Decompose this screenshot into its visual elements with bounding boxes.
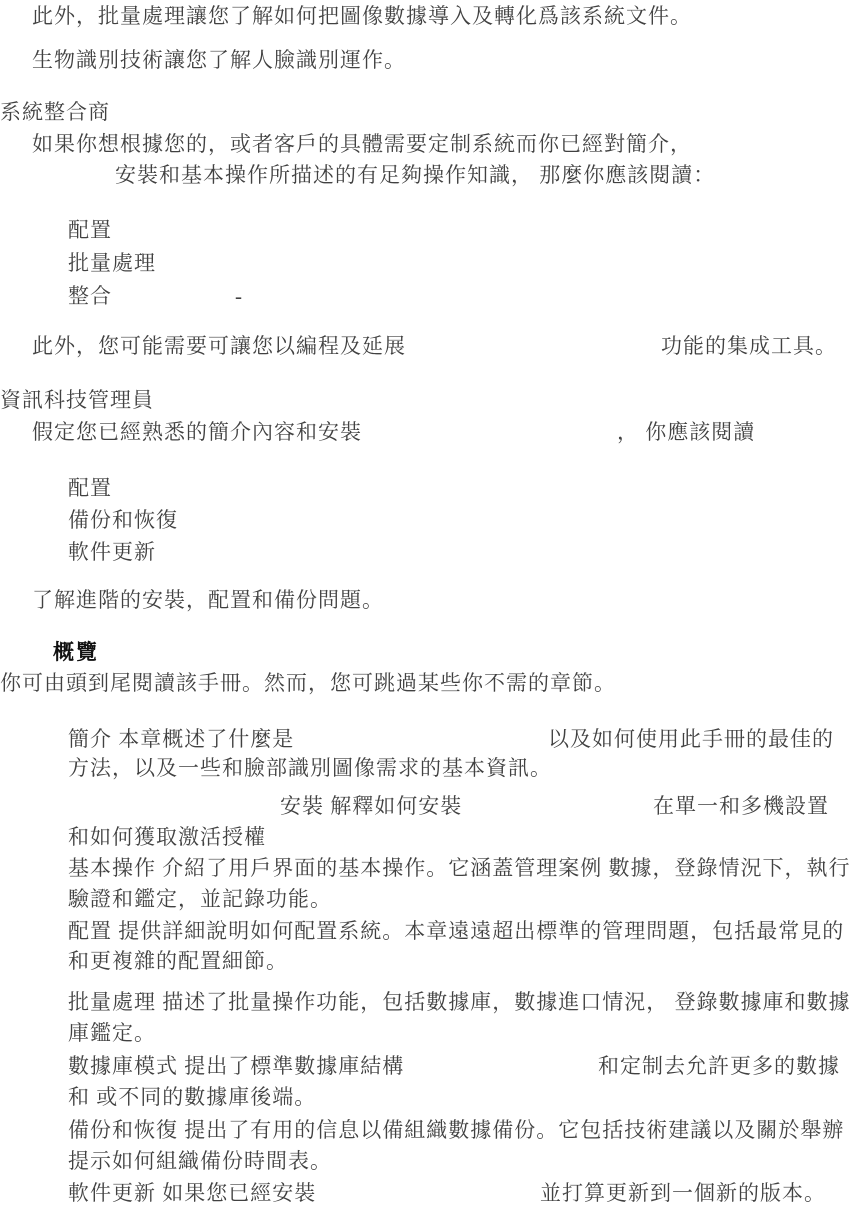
section-title-it-administrators: 資訊科技管理員 <box>0 389 154 412</box>
it-paragraph-left: 假定您已經熟悉的簡介內容和安裝 <box>32 421 362 444</box>
chapter-software-update-line-right: 並打算更新到一個新的版本。 <box>540 1182 826 1205</box>
overview-intro-paragraph: 你可由頭到尾閱讀該手冊。然而，您可跳過某些你不需的章節。 <box>0 672 616 695</box>
chapter-database-schema-line-1-left: 數據庫模式 提出了標準數據庫結構 <box>68 1055 404 1078</box>
chapter-configuration-line-1: 配置 提供詳細說明如何配置系統。本章遠遠超出標準的管理問題，包括最常見的 <box>68 920 844 943</box>
si-paragraph-line-1: 如果你想根據您的，或者客戶的具體需要定制系統而你已經對簡介， <box>32 133 692 156</box>
si-list-item-configuration: 配置 <box>68 219 112 242</box>
it-list-item-backup-restore: 備份和恢復 <box>68 509 178 532</box>
paragraph-batch-processing-note: 此外，批量處理讓您了解如何把圖像數據導入及轉化爲該系統文件。 <box>32 5 692 28</box>
chapter-intro-line-1-left: 簡介 本章概述了什麼是 <box>68 728 294 751</box>
chapter-intro-line-1-right: 以及如何使用此手冊的最佳的 <box>548 728 834 751</box>
chapter-backup-restore-line-1: 備份和恢復 提出了有用的信息以備組織數據備份。它包括技術建議以及關於舉辦 <box>68 1119 844 1142</box>
it-list-item-configuration: 配置 <box>68 477 112 500</box>
chapter-database-schema-line-2: 和 或不同的數據庫後端。 <box>68 1086 316 1109</box>
it-list-item-software-update: 軟件更新 <box>68 541 156 564</box>
document-page: 此外，批量處理讓您了解如何把圖像數據導入及轉化爲該系統文件。 生物識別技術讓您了… <box>0 0 853 1205</box>
chapter-intro-line-2: 方法，以及一些和臉部識別圖像需求的基本資訊。 <box>68 757 552 780</box>
section-title-overview: 概覽 <box>53 641 99 664</box>
chapter-installation-line-2: 和如何獲取激活授權 <box>68 826 266 849</box>
paragraph-biometrics-note: 生物識別技術讓您了解人臉識別運作。 <box>32 49 406 72</box>
si-tools-paragraph-left: 此外，您可能需要可讓您以編程及延展 <box>32 335 406 358</box>
chapter-installation-line-right: 在單一和多機設置 <box>653 795 829 818</box>
si-paragraph-line-2: 安裝和基本操作所描述的有足夠操作知識， 那麼你應該閱讀： <box>115 164 715 187</box>
chapter-backup-restore-line-2: 提示如何組織備份時間表。 <box>68 1150 332 1173</box>
chapter-batch-processing-line-2: 庫鑑定。 <box>68 1022 156 1045</box>
chapter-installation-line-left: 安裝 解釋如何安裝 <box>280 795 462 818</box>
chapter-database-schema-line-1-right: 和定制去允許更多的數據 <box>598 1055 840 1078</box>
chapter-basic-operation-line-2: 驗證和鑑定，並記錄功能。 <box>68 888 332 911</box>
it-paragraph-right: ， 你應該閱讀 <box>617 421 755 444</box>
chapter-software-update-line-left: 軟件更新 如果您已經安裝 <box>68 1182 316 1205</box>
chapter-configuration-line-2: 和更複雜的配置細節。 <box>68 950 288 973</box>
si-list-item-batch-processing: 批量處理 <box>68 252 156 275</box>
si-list-item-integration-dash: - <box>235 285 243 308</box>
si-list-item-integration: 整合 <box>68 285 112 308</box>
si-tools-paragraph-right: 功能的集成工具。 <box>661 335 837 358</box>
it-advanced-topics-paragraph: 了解進階的安裝，配置和備份問題。 <box>32 589 384 612</box>
chapter-batch-processing-line-1: 批量處理 描述了批量操作功能，包括數據庫，數據進口情況， 登錄數據庫和數據 <box>68 991 851 1014</box>
chapter-basic-operation-line-1: 基本操作 介紹了用戶界面的基本操作。它涵蓋管理案例 數據，登錄情況下，執行 <box>68 857 851 880</box>
section-title-system-integrators: 系統整合商 <box>0 101 110 124</box>
